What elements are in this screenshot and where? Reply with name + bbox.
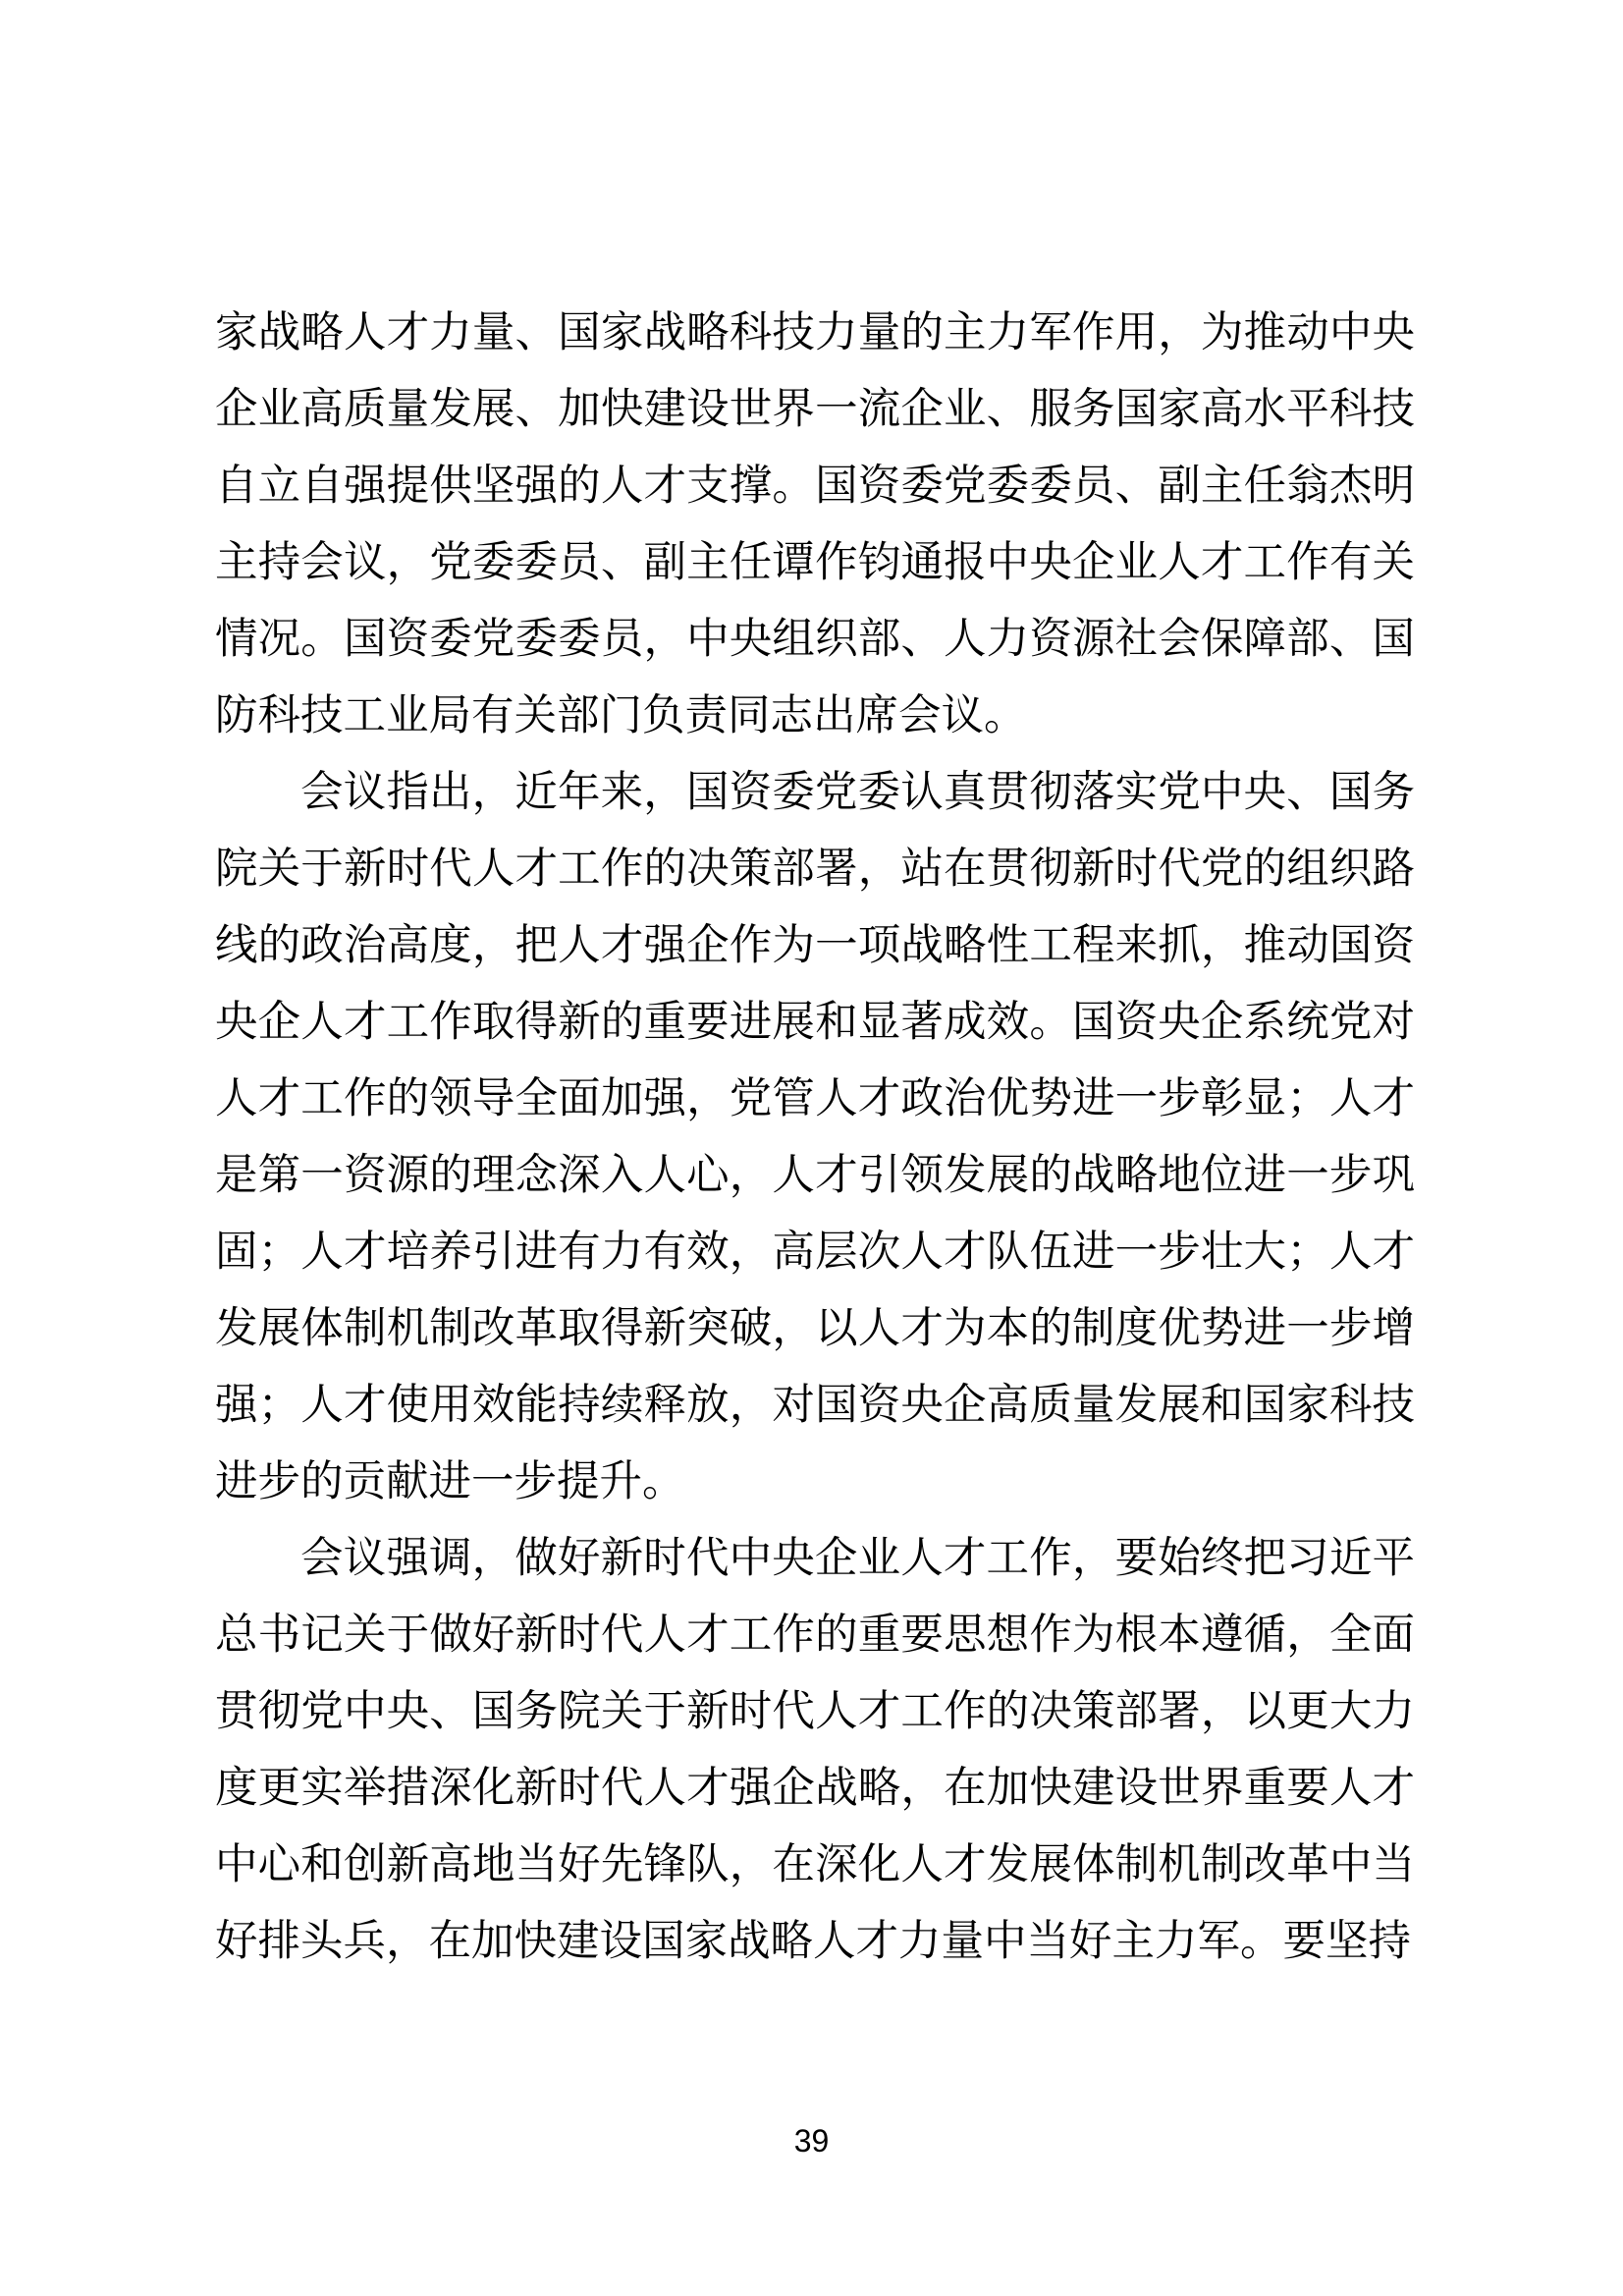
paragraph-2: 会议指出，近年来，国资委党委认真贯彻落实党中央、国务院关于新时代人才工作的决策部… <box>215 754 1415 1520</box>
paragraph-1: 家战略人才力量、国家战略科技力量的主力军作用，为推动中央企业高质量发展、加快建设… <box>215 295 1415 754</box>
paragraph-3: 会议强调，做好新时代中央企业人才工作，要始终把习近平总书记关于做好新时代人才工作… <box>215 1520 1415 1980</box>
page-number: 39 <box>794 2121 830 2160</box>
page-footer: 39 <box>0 2121 1623 2160</box>
document-body: 家战略人才力量、国家战略科技力量的主力军作用，为推动中央企业高质量发展、加快建设… <box>215 295 1415 1980</box>
document-page: 家战略人才力量、国家战略科技力量的主力军作用，为推动中央企业高质量发展、加快建设… <box>0 0 1623 2296</box>
